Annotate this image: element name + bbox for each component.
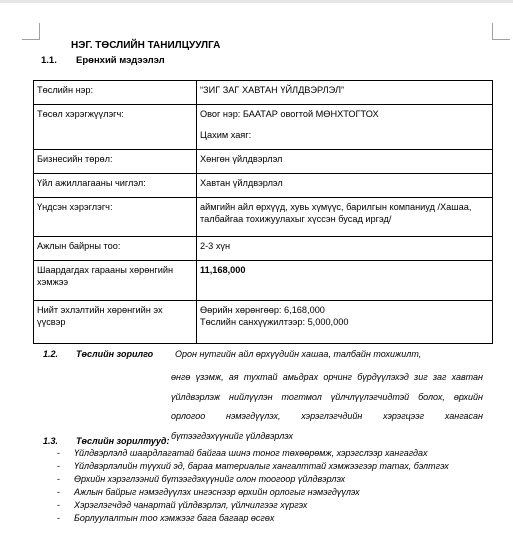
list-item: -Өрхийн хэрэглээний бүтээгдэхүүнийг олон…	[43, 473, 483, 485]
bullet-dash: -	[57, 460, 60, 472]
own-funds: Өөрийн хөрөнгөөр: 6,168,000	[200, 304, 489, 316]
table-row: Нийт эхлэлтийн хөрөнгийн эх үүсвэр Өөрий…	[34, 301, 493, 344]
startup-capital-amount: 11,168,000	[200, 265, 245, 275]
email-label: Цахим хаяг:	[200, 129, 489, 141]
page-corner-mark-left	[22, 23, 40, 40]
row-value: 11,168,000	[197, 261, 493, 301]
section-title: Төслийн зорилтууд:	[76, 436, 169, 446]
section-1-3-objectives: 1.3.Төслийн зорилтууд: -Үйлдвэрлэлд шаар…	[43, 436, 483, 524]
table-row: Шаардагдах гарааны хөрөнгийн хэмжээ 11,1…	[34, 261, 493, 301]
window-top-bar	[0, 0, 513, 3]
bullet-dash: -	[57, 447, 60, 459]
list-item: -Ажлын байрыг нэмэгдүүлэх ингэснээр өрхи…	[43, 486, 483, 498]
table-row: Үйл ажиллагааны чиглэл: Хавтан үйлдвэрлэ…	[34, 174, 493, 198]
row-label: Үндсэн хэрэглэгч:	[34, 198, 197, 237]
section-title: Төслийн зорилго	[76, 349, 153, 359]
row-value: Хөнгөн үйлдвэрлэл	[197, 150, 493, 174]
page-corner-mark-right	[492, 23, 510, 40]
section-heading-1-3: 1.3.Төслийн зорилтууд:	[43, 436, 483, 446]
table-row: Төсөл хэрэгжүүлэгч: Овог нэр: БААТАР ово…	[34, 105, 493, 150]
project-funding: Төслийн санхүүжилтээр: 5,000,000	[200, 316, 489, 328]
table-row: Ажлын байрны тоо: 2-3 хүн	[34, 237, 493, 261]
section-number: 1.1.	[41, 55, 76, 66]
list-item: -Хэрэглэгчдэд чанартай үйлдвэрлэл, үйлчи…	[43, 499, 483, 511]
project-info-table: Төслийн нэр: “ЗИГ ЗАГ ХАВТАН ҮЙЛДВЭРЛЭЛ”…	[33, 80, 493, 344]
bullet-dash: -	[57, 512, 60, 524]
list-item: -Үйлдвэрлэлийн түүхий эд, бараа материал…	[43, 460, 483, 472]
goal-text: өнгө үзэмж, ая тухтай амьдрах орчинг бүр…	[171, 368, 483, 446]
table-row: Төслийн нэр: “ЗИГ ЗАГ ХАВТАН ҮЙЛДВЭРЛЭЛ”	[34, 81, 493, 105]
row-label: Ажлын байрны тоо:	[34, 237, 197, 261]
table-row: Бизнесийн төрөл: Хөнгөн үйлдвэрлэл	[34, 150, 493, 174]
chapter-heading: НЭГ. ТӨСЛИЙН ТАНИЛЦУУЛГА	[71, 40, 220, 51]
row-value: аймгийн айл өрхүүд, хувь хүмүүс, барилгы…	[197, 198, 493, 237]
row-label: Нийт эхлэлтийн хөрөнгийн эх үүсвэр	[34, 301, 197, 344]
row-label: Төслийн нэр:	[34, 81, 197, 105]
section-number: 1.2.	[43, 349, 58, 359]
table-row: Үндсэн хэрэглэгч: аймгийн айл өрхүүд, ху…	[34, 198, 493, 237]
row-value: Овог нэр: БААТАР овогтой МӨНХТОГТОХ Цахи…	[197, 105, 493, 150]
section-number: 1.3.	[43, 436, 76, 446]
bullet-dash: -	[57, 486, 60, 498]
row-label: Шаардагдах гарааны хөрөнгийн хэмжээ	[34, 261, 197, 301]
row-value: 2-3 хүн	[197, 237, 493, 261]
row-value: Өөрийн хөрөнгөөр: 6,168,000 Төслийн санх…	[197, 301, 493, 344]
list-item: -Үйлдвэрлэлд шаардлагатай байгаа шинэ то…	[43, 447, 483, 459]
row-value: “ЗИГ ЗАГ ХАВТАН ҮЙЛДВЭРЛЭЛ”	[197, 81, 493, 105]
row-value: Хавтан үйлдвэрлэл	[197, 174, 493, 198]
bullet-dash: -	[57, 499, 60, 511]
row-label: Төсөл хэрэгжүүлэгч:	[34, 105, 197, 150]
implementer-name: Овог нэр: БААТАР овогтой МӨНХТОГТОХ	[200, 108, 489, 120]
goal-text-first-line: Орон нутгийн айл өрхүүдийн хашаа, талбай…	[175, 349, 421, 359]
row-label: Бизнесийн төрөл:	[34, 150, 197, 174]
objectives-list: -Үйлдвэрлэлд шаардлагатай байгаа шинэ то…	[43, 447, 483, 524]
section-title: Ерөнхий мэдээлэл	[76, 55, 165, 66]
bullet-dash: -	[57, 473, 60, 485]
row-label: Үйл ажиллагааны чиглэл:	[34, 174, 197, 198]
section-heading-1-1: 1.1.Ерөнхий мэдээлэл	[41, 55, 165, 66]
list-item: -Борлуулалтын тоо хэмжээг бага багаар өс…	[43, 512, 483, 524]
